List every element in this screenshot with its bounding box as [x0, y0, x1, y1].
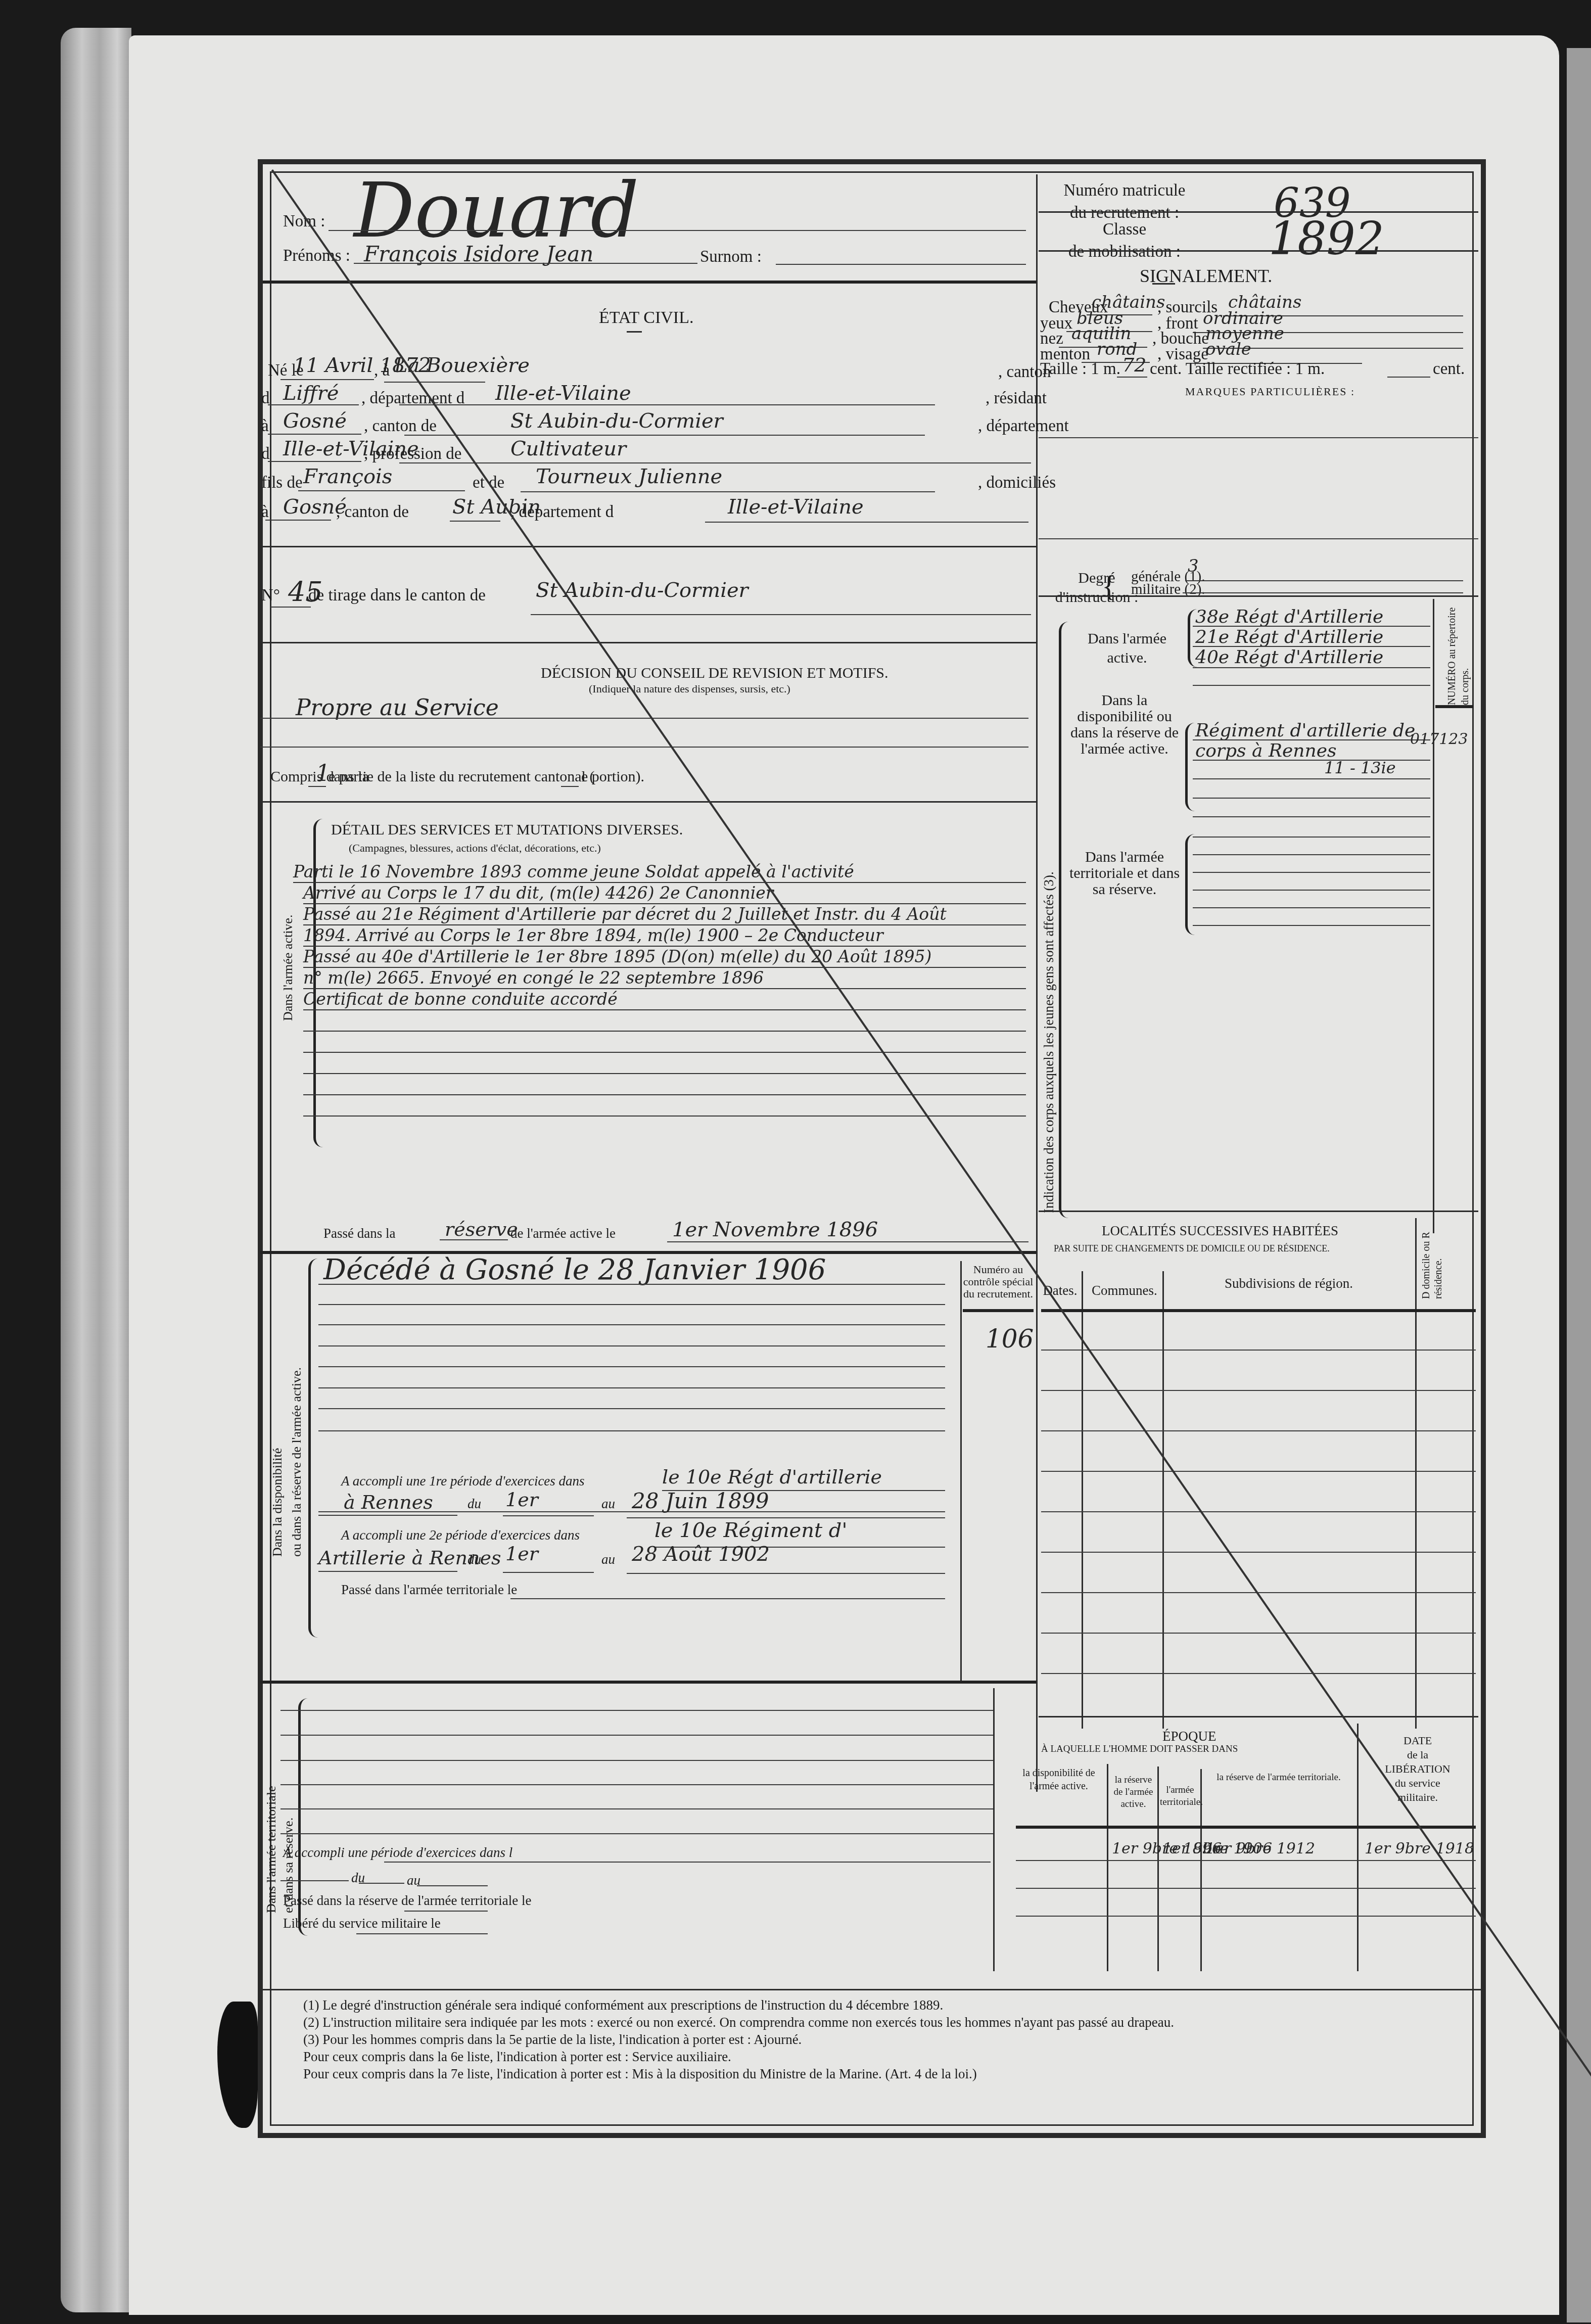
- compris-value: 1: [316, 761, 330, 786]
- empty-line: [303, 1095, 1026, 1117]
- service-line: Passé au 21e Régiment d'Artillerie par d…: [303, 904, 1026, 925]
- services-lines: Parti le 16 Novembre 1893 comme jeune So…: [293, 862, 1026, 1117]
- row-line: [1016, 1888, 1476, 1889]
- underline: [298, 490, 465, 491]
- brace-icon: [1185, 834, 1195, 935]
- periode2-au-label: au: [601, 1552, 615, 1567]
- footnote: (2) L'instruction militaire sera indiqué…: [303, 2014, 1466, 2031]
- territoriale-reserve-label: Passé dans la réserve de l'armée territo…: [283, 1893, 531, 1909]
- underline: [399, 462, 1031, 463]
- underline: [667, 1241, 1028, 1242]
- nom-underline: [329, 230, 1026, 231]
- disponibilite-side-label-1: Dans la disponibilité: [270, 1448, 285, 1557]
- separator: [1016, 1826, 1476, 1829]
- deces-note: Décédé à Gosné le 28 Janvier 1906: [323, 1253, 826, 1286]
- decision-subheading: (Indiquer la nature des dispenses, sursi…: [589, 682, 790, 695]
- row-line: [1041, 1471, 1476, 1472]
- separator: [1039, 1716, 1478, 1717]
- underline: [1117, 377, 1147, 378]
- corps-active-value: 21e Régt d'Artillerie: [1195, 627, 1383, 647]
- underline: [280, 1784, 993, 1785]
- underline: [1193, 890, 1430, 891]
- epoque-reserve-territoriale-value: 1er 9bre 1912: [1205, 1840, 1315, 1857]
- underline: [521, 491, 935, 492]
- periode1-au: 28 Juin 1899: [632, 1489, 769, 1513]
- service-line: 1894. Arrivé au Corps le 1er 8bre 1894, …: [303, 925, 1026, 947]
- separator: [260, 1989, 1483, 1990]
- service-line: Parti le 16 Novembre 1893 comme jeune So…: [293, 862, 1026, 883]
- footnote: Pour ceux compris dans la 7e liste, l'in…: [303, 2065, 1466, 2082]
- periode1-du-label: du: [467, 1496, 481, 1512]
- libere-label: Libéré du service militaire le: [283, 1916, 441, 1931]
- underline: [280, 1808, 993, 1809]
- classe-label-2: de mobilisation :: [1068, 243, 1181, 261]
- classe-label-1: Classe: [1103, 220, 1146, 239]
- epoque-col-reserve-active: la réserve de l'armée active.: [1109, 1774, 1157, 1810]
- underline: [318, 1571, 457, 1572]
- services-subheading: (Campagnes, blessures, actions d'éclat, …: [349, 842, 601, 855]
- liberation-sub: de la LIBÉRATION du service militaire.: [1380, 1748, 1456, 1804]
- underline: [531, 614, 1031, 615]
- separator: [1041, 1309, 1476, 1312]
- footnote: Pour ceux compris dans la 6e liste, l'in…: [303, 2048, 1466, 2065]
- epoque-divider: [1157, 1767, 1159, 1971]
- book-page-edges: [61, 28, 131, 2312]
- a-label: , à: [374, 361, 390, 380]
- passe-date: 1er Novembre 1896: [672, 1218, 878, 1241]
- departement2-label: , département: [978, 417, 1069, 436]
- localites-subheading: PAR SUITE DE CHANGEMENTS DE DOMICILE OU …: [1054, 1243, 1330, 1254]
- heading-rule: [627, 331, 642, 333]
- taille-rectifiee-label: cent. Taille rectifiée : 1 m.: [1150, 360, 1325, 379]
- numero-repertoire-label: NUMÉRO au répertoire du corps.: [1445, 604, 1472, 705]
- service-line: Passé au 40e d'Artillerie le 1er 8bre 18…: [303, 947, 1026, 968]
- separator: [1039, 538, 1478, 539]
- liberation-heading: DATE: [1403, 1734, 1432, 1747]
- periode1-du: 1er: [505, 1489, 538, 1511]
- degre-instruction-label: Degré d'instruction :: [1051, 569, 1142, 607]
- separator: [263, 281, 1036, 284]
- corps-active-value: 38e Régt d'Artillerie: [1195, 607, 1383, 627]
- periode2-value: le 10e Régiment d': [654, 1519, 847, 1542]
- underline: [318, 1366, 945, 1367]
- surnom-label: Surnom :: [700, 248, 762, 266]
- mere-value: Tourneux Julienne: [536, 465, 722, 488]
- empty-line: [303, 1074, 1026, 1095]
- underline: [268, 434, 361, 435]
- underline: [1193, 816, 1430, 817]
- epoque-divider: [1357, 1724, 1359, 1971]
- separator: [260, 801, 1036, 803]
- cent-label: cent.: [1433, 360, 1465, 379]
- epoque-col-disponibilite: la disponibilité de l'armée active.: [1013, 1767, 1104, 1793]
- localites-col-domicile: D domicile ou R résidence.: [1420, 1223, 1444, 1299]
- controle-label: Numéro au contrôle spécial du recrutemen…: [963, 1264, 1034, 1300]
- matricule-label: Numéro matricule du recrutement :: [1046, 179, 1203, 224]
- underline: [1193, 778, 1430, 779]
- underline: [440, 1239, 508, 1240]
- localites-col-communes: Communes.: [1087, 1283, 1162, 1298]
- row-line: [1041, 1430, 1476, 1431]
- footnote: (3) Pour les hommes compris dans la 5e p…: [303, 2031, 1466, 2048]
- tirage-label: de tirage dans le canton de: [308, 586, 486, 605]
- residant-label: , résidant: [986, 389, 1047, 408]
- canton-naissance-value: Liffré: [283, 382, 339, 405]
- row-line: [1041, 1511, 1476, 1512]
- corps-dispo-value: Régiment d'artillerie de: [1195, 720, 1415, 741]
- empty-line: [303, 1010, 1026, 1032]
- profession-value: Cultivateur: [510, 437, 626, 460]
- canton2-label: , canton de: [364, 417, 437, 436]
- matricule-label-1: Numéro matricule: [1064, 181, 1186, 200]
- controle-value: 106: [986, 1324, 1034, 1354]
- underline: [318, 1304, 945, 1305]
- canton-residence-value: St Aubin-du-Cormier: [510, 409, 723, 433]
- periode2-label: A accompli une 2e période d'exercices da…: [341, 1527, 580, 1543]
- territoriale-periode-label: A accompli une période d'exercices dans …: [283, 1845, 512, 1861]
- underline: [627, 1517, 945, 1518]
- column-divider: [993, 1688, 995, 1971]
- row-line: [1041, 1673, 1476, 1674]
- underline: [270, 607, 311, 608]
- instruction-generale-value: 3: [1188, 556, 1199, 576]
- epoque-subheading: À LAQUELLE L'HOMME DOIT PASSER DANS: [1041, 1744, 1238, 1755]
- domicilies-label: , domiciliés: [978, 474, 1056, 492]
- next-page-edge: [1567, 48, 1591, 2322]
- epoque-heading: ÉPOQUE: [1162, 1729, 1216, 1744]
- row-line: [1016, 1860, 1476, 1861]
- underline: [1193, 907, 1430, 908]
- underline: [318, 1430, 945, 1431]
- underline: [280, 1880, 349, 1881]
- periode2-du-label: du: [467, 1552, 481, 1567]
- separator: [1039, 250, 1478, 252]
- separator: [1435, 705, 1473, 708]
- separator: [1039, 595, 1478, 597]
- underline: [1193, 872, 1430, 873]
- pere-value: François: [303, 465, 392, 488]
- passe-label: Passé dans la: [323, 1226, 395, 1241]
- domicile-dept-value: Ille-et-Vilaine: [728, 495, 864, 519]
- underline: [268, 461, 361, 462]
- underline: [404, 435, 925, 436]
- epoque-col-territoriale: l'armée territoriale.: [1160, 1784, 1200, 1808]
- underline: [1193, 667, 1430, 668]
- underline: [268, 404, 359, 405]
- disponibilite-side-label: Dans la disponibilité ou dans la réserve…: [268, 1367, 306, 1557]
- territoriale-side-label-1: Dans l'armée territoriale: [264, 1786, 278, 1913]
- underline: [404, 1911, 488, 1912]
- underline: [318, 1408, 945, 1409]
- underline: [1193, 798, 1430, 799]
- underline: [384, 1862, 991, 1863]
- brace-icon: {: [1102, 569, 1116, 603]
- marques-particulieres-label: MARQUES PARTICULIÈRES :: [1185, 385, 1355, 398]
- row-line: [1041, 1350, 1476, 1351]
- decision-value: Propre au Service: [296, 695, 499, 721]
- passe-value: réserve: [445, 1218, 518, 1240]
- service-line: Arrivé au Corps le 17 du dit, (m(le) 442…: [303, 883, 1026, 904]
- visage-value: ovale: [1205, 339, 1251, 359]
- periode1-value: le 10e Régt d'artillerie: [662, 1466, 882, 1488]
- fils-de-label: fils de: [261, 474, 303, 492]
- periode1-lieu: à Rennes: [344, 1491, 433, 1513]
- departement-naissance-value: Ille-et-Vilaine: [495, 382, 631, 405]
- corps-dispo-value: corps à Rennes: [1195, 740, 1336, 761]
- underline: [1193, 685, 1430, 686]
- underline: [260, 747, 1028, 748]
- underline: [1387, 377, 1430, 378]
- underline: [510, 1598, 945, 1599]
- underline: [1183, 592, 1463, 593]
- underline: [561, 786, 579, 787]
- periode2-au: 28 Août 1902: [632, 1543, 770, 1566]
- periode2-du: 1er: [505, 1543, 538, 1565]
- underline: [503, 1515, 594, 1516]
- corps-dispo-value: 11 - 13ie: [1324, 758, 1396, 777]
- service-line: n° m(le) 2665. Envoyé en congé le 22 sep…: [303, 968, 1026, 989]
- prenoms-underline: [354, 263, 697, 264]
- row-line: [1041, 1552, 1476, 1553]
- localites-heading: LOCALITÉS SUCCESSIVES HABITÉES: [1102, 1223, 1338, 1239]
- portion-label: e portion).: [581, 768, 644, 785]
- underline: [280, 379, 374, 380]
- underline: [1193, 854, 1430, 855]
- separator: [263, 546, 1036, 547]
- corps-side-label: Indication des corps auxquels les jeunes…: [1041, 871, 1057, 1213]
- underline: [359, 1883, 404, 1884]
- taille-label: Taille : 1 m.: [1040, 360, 1120, 379]
- underline: [260, 718, 1028, 719]
- separator: [260, 1681, 1036, 1684]
- service-line: Certificat de bonne conduite accordé: [303, 989, 1026, 1010]
- underline: [318, 1387, 945, 1388]
- underline: [1193, 925, 1430, 926]
- empty-line: [303, 1053, 1026, 1074]
- epoque-divider: [1107, 1764, 1108, 1971]
- empty-line: [303, 1032, 1026, 1053]
- residant-a-label: à: [261, 417, 269, 436]
- periode1-label: A accompli une 1re période d'exercices d…: [341, 1473, 585, 1489]
- localites-col-subdivisions: Subdivisions de région.: [1167, 1276, 1410, 1290]
- underline: [280, 1833, 993, 1834]
- controle-divider: [960, 1261, 962, 1681]
- degre-label-2: d'instruction :: [1055, 589, 1139, 606]
- row-line: [1041, 1390, 1476, 1391]
- partie-label: e partie de la liste du recrutement cant…: [329, 768, 594, 785]
- domicile-canton-label: , canton de: [336, 503, 409, 522]
- classe-label: Classe de mobilisation :: [1046, 218, 1203, 263]
- separator: [1039, 437, 1478, 438]
- underline: [356, 1933, 488, 1934]
- classe-value: 1892: [1269, 212, 1384, 265]
- taille-value: 72: [1122, 354, 1146, 376]
- underline: [1193, 836, 1430, 838]
- underline: [627, 1573, 945, 1574]
- separator: [963, 1309, 1034, 1312]
- tirage-no-label: N°: [261, 586, 280, 605]
- passe-suffix: de l'armée active le: [510, 1226, 616, 1241]
- corps-dispo-numero: 017123: [1410, 730, 1468, 748]
- footnotes: (1) Le degré d'instruction générale sera…: [303, 1996, 1466, 2082]
- residence-value: Gosné: [283, 409, 347, 433]
- epoque-col-reserve-territoriale: la réserve de l'armée territoriale.: [1203, 1772, 1354, 1784]
- underline: [705, 522, 1028, 523]
- liberation-value: 1er 9bre 1918: [1365, 1840, 1474, 1857]
- separator: [1039, 1211, 1478, 1212]
- underline: [280, 1710, 993, 1711]
- services-heading: DÉTAIL DES SERVICES ET MUTATIONS DIVERSE…: [331, 821, 683, 839]
- passe-territoriale-label: Passé dans l'armée territoriale le: [341, 1582, 517, 1598]
- row-line: [1016, 1916, 1476, 1917]
- corps-active-label: Dans l'armée active.: [1071, 629, 1183, 668]
- underline: [280, 1760, 993, 1761]
- underline: [399, 404, 935, 405]
- underline: [318, 1345, 945, 1346]
- footnote: (1) Le degré d'instruction générale sera…: [303, 1996, 1466, 2014]
- brace-icon: [308, 1259, 318, 1638]
- disponibilite-side-label-2: ou dans la réserve de l'armée active.: [289, 1367, 304, 1557]
- localites-divider: [1162, 1271, 1164, 1729]
- underline: [308, 786, 326, 787]
- underline: [1185, 580, 1463, 581]
- corps-dispo-label: Dans la disponibilité ou dans la réserve…: [1066, 682, 1183, 757]
- surnom-underline: [776, 264, 1026, 265]
- underline: [318, 1515, 457, 1516]
- separator: [263, 642, 1036, 643]
- separator: [1039, 211, 1478, 213]
- domicile-a-label: à: [261, 503, 269, 522]
- profession-label: , profession de: [364, 445, 461, 463]
- localites-divider: [1415, 1218, 1417, 1729]
- corps-active-value: 40e Régt d'Artillerie: [1195, 647, 1383, 668]
- domicile-dept-label: , département d: [510, 503, 614, 522]
- underline: [318, 1324, 945, 1325]
- underline: [265, 520, 331, 521]
- corps-territoriale-label: Dans l'armée territoriale et dans sa rés…: [1066, 849, 1183, 898]
- prenoms-label: Prénoms :: [283, 247, 350, 265]
- underline: [318, 1284, 945, 1285]
- underline: [384, 382, 485, 383]
- heading-rule: [1152, 283, 1175, 285]
- underline: [417, 1885, 488, 1886]
- etat-civil-heading: ÉTAT CIVIL.: [599, 308, 693, 328]
- row-line: [1041, 1633, 1476, 1634]
- liberation-header: DATE de la LIBÉRATION du service militai…: [1360, 1734, 1476, 1804]
- numero-divider: [1433, 599, 1434, 1233]
- decision-heading: DÉCISION DU CONSEIL DE REVISION ET MOTIF…: [541, 665, 888, 682]
- underline: [450, 521, 500, 522]
- underline: [280, 1735, 993, 1736]
- periode1-au-label: au: [601, 1496, 615, 1512]
- underline: [503, 1572, 594, 1573]
